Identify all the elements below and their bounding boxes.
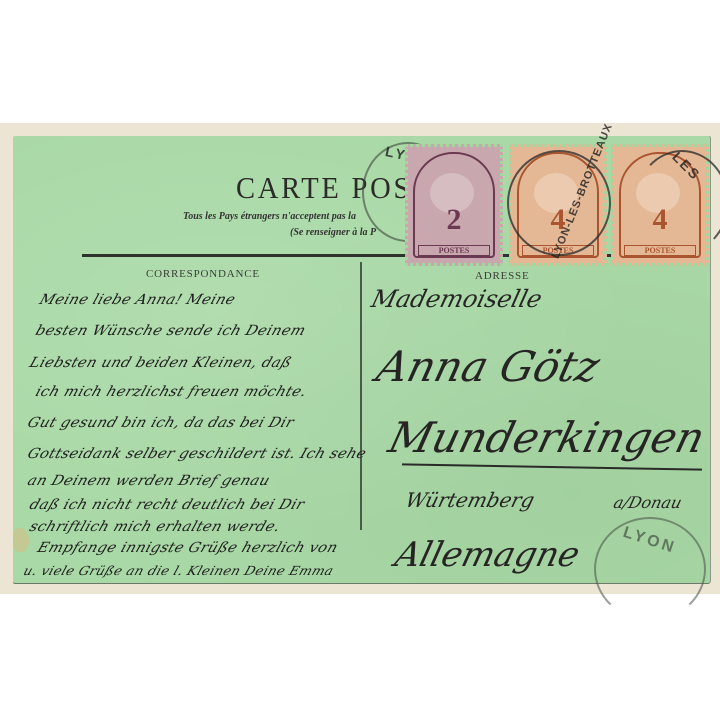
message-line: Liebsten und beiden Kleinen, daß bbox=[27, 355, 294, 371]
address-label: ADRESSE bbox=[475, 270, 530, 282]
address-name: Anna Götz bbox=[372, 342, 605, 391]
center-divider bbox=[360, 262, 362, 530]
correspondence-label: CORRESPONDANCE bbox=[146, 268, 260, 280]
stamp-value: 2 bbox=[408, 203, 500, 237]
message-line: Gottseidank selber geschildert ist. Ich … bbox=[25, 446, 368, 462]
message-line: daß ich nicht recht deutlich bei Dir bbox=[27, 497, 306, 513]
postcard-notice-line-2: (Se renseigner à la P bbox=[290, 227, 376, 238]
address-city: Munderkingen bbox=[384, 413, 710, 462]
paper-stain bbox=[13, 528, 29, 552]
message-line: Meine liebe Anna! Meine bbox=[37, 292, 237, 308]
message-line: ich mich herzlichst freuen möchte. bbox=[33, 384, 309, 400]
stamp-label: POSTES bbox=[418, 245, 490, 256]
address-salutation: Mademoiselle bbox=[369, 285, 545, 313]
message-line: besten Wünsche sende ich Deinem bbox=[33, 323, 308, 339]
message-signature-line: u. viele Grüße an die l. Kleinen Deine E… bbox=[21, 563, 335, 578]
stamp-2c: 2 POSTES bbox=[405, 144, 503, 266]
address-country: Allemagne bbox=[391, 535, 584, 575]
postcard-notice-line-1: Tous les Pays étrangers n'acceptent pas … bbox=[183, 211, 356, 222]
address-region: Würtemberg bbox=[403, 488, 537, 512]
address-river: a/Donau bbox=[612, 493, 684, 512]
message-line: an Deinem werden Brief genau bbox=[25, 473, 272, 489]
message-line: Gut gesund bin ich, da das bei Dir bbox=[25, 415, 296, 431]
message-line: Empfange innigste Grüße herzlich von bbox=[35, 540, 340, 556]
message-line: schriftlich mich erhalten werde. bbox=[27, 519, 282, 535]
